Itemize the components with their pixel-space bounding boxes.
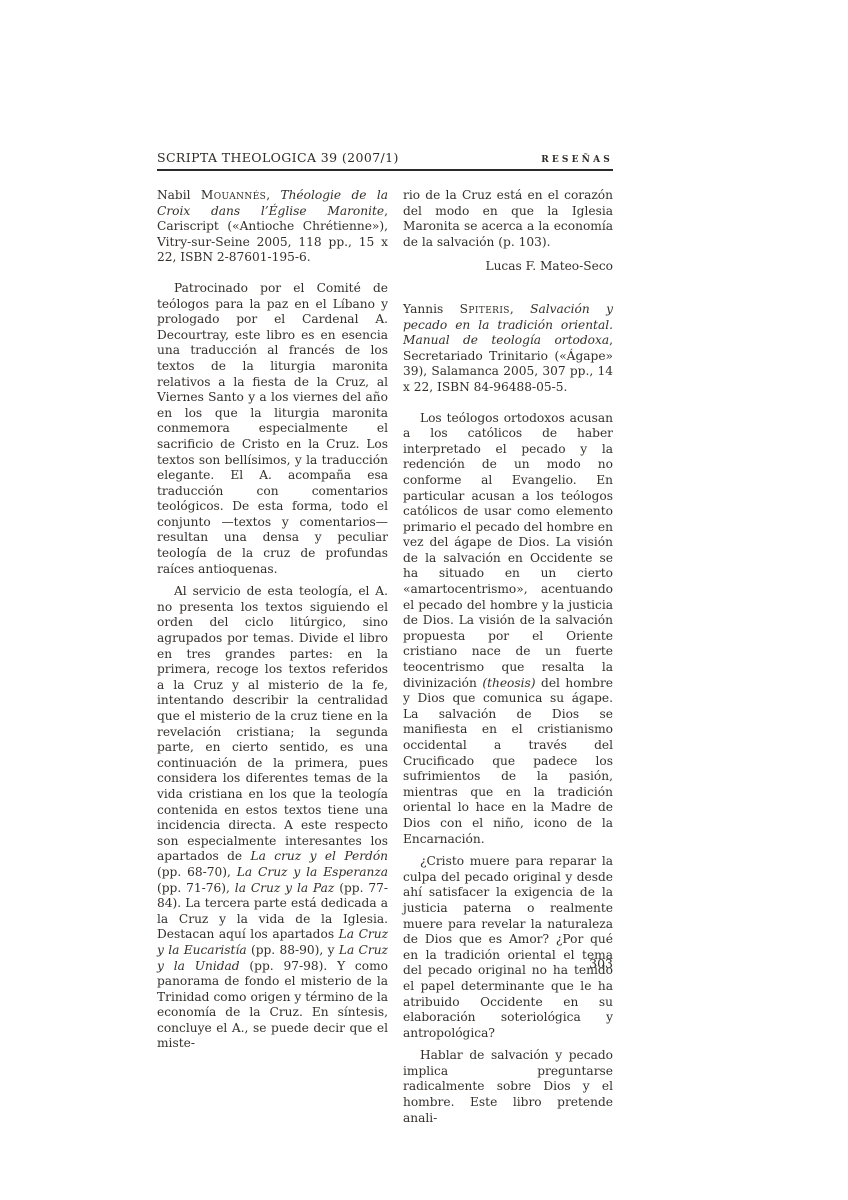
journal-title: SCRIPTA THEOLOGICA 39 (2007/1) (157, 150, 399, 165)
review-2-citation: Yannis Spiteris, Salvación y pecado en l… (403, 302, 613, 396)
review-2-paragraph-2: ¿Cristo muere para reparar la culpa del … (403, 854, 613, 1041)
review-1-paragraph-2: Al servicio de esta teología, el A. no p… (157, 584, 388, 1052)
reviewer-signature: Lucas F. Mateo-Seco (403, 259, 613, 275)
review-2-paragraph-3: Hablar de salvación y pecado implica pre… (403, 1048, 613, 1126)
text-columns: Nabil Mouannés, Théologie de la Croix da… (157, 188, 613, 1126)
section-title: RESEÑAS (541, 155, 613, 165)
review-1-paragraph-continuation: rio de la Cruz está en el corazón del mo… (403, 188, 613, 250)
journal-page: SCRIPTA THEOLOGICA 39 (2007/1) RESEÑAS N… (157, 150, 613, 1126)
right-column: rio de la Cruz está en el corazón del mo… (403, 188, 613, 1126)
review-1-paragraph-1: Patrocinado por el Comité de teólogos pa… (157, 281, 388, 577)
review-1-citation: Nabil Mouannés, Théologie de la Croix da… (157, 188, 388, 266)
review-2-paragraph-1: Los teólogos ortodoxos acusan a los cató… (403, 411, 613, 848)
left-column: Nabil Mouannés, Théologie de la Croix da… (157, 188, 388, 1126)
page-header: SCRIPTA THEOLOGICA 39 (2007/1) RESEÑAS (157, 150, 613, 171)
page-number: 303 (589, 956, 613, 971)
